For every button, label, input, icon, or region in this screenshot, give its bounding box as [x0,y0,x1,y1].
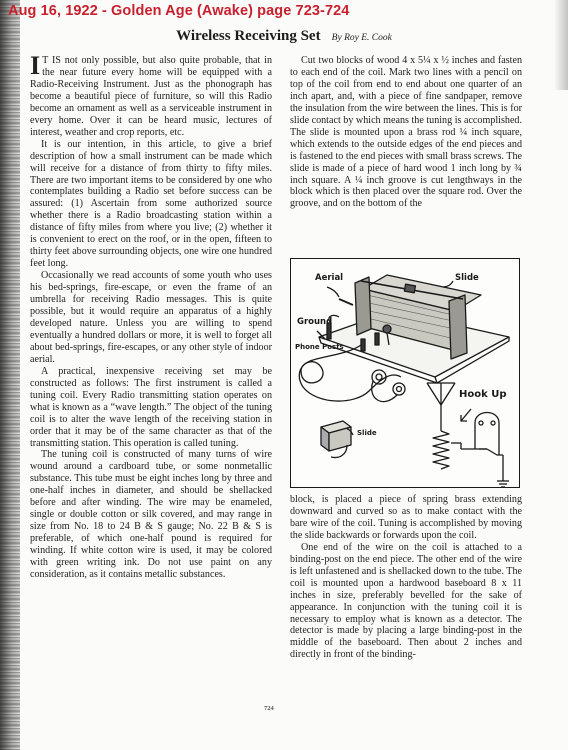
article-byline: By Roy E. Cook [332,33,392,43]
label-slide: Slide [455,273,479,283]
label-hook-up: Hook Up [459,389,507,400]
label-slide-detail: Slide [357,429,377,437]
right-column-bottom: block, is placed a piece of spring brass… [290,494,522,661]
label-ground: Ground [297,317,332,327]
paragraph: IT IS not only possible, but also quite … [30,55,272,139]
figure-receiving-set-illustration: Aerial Slide Ground Phone Posts Slide Ho… [290,258,520,488]
article-header: Wireless Receiving Set By Roy E. Cook [0,25,568,45]
page-number: 724 [264,705,274,712]
source-caption: Aug 16, 1922 - Golden Age (Awake) page 7… [8,3,349,19]
scan-shadow-left [0,0,20,750]
left-column: IT IS not only possible, but also quite … [30,55,272,581]
article-title: Wireless Receiving Set [176,28,320,44]
paragraph: The tuning coil is constructed of many t… [30,449,272,580]
paragraph: Occasionally we read accounts of some yo… [30,270,272,366]
scan-shadow-right [554,0,568,90]
drop-cap: I [30,56,40,76]
paragraph: Cut two blocks of wood 4 x 5¼ x ½ inches… [290,55,522,210]
paragraph: block, is placed a piece of spring brass… [290,494,522,542]
label-aerial: Aerial [315,273,343,283]
paragraph: It is our intention, in this article, to… [30,139,272,270]
receiving-set-drawing [291,259,519,487]
paragraph: One end of the wire on the coil is attac… [290,542,522,662]
label-phone-posts: Phone Posts [295,343,344,351]
right-column-top: Cut two blocks of wood 4 x 5¼ x ½ inches… [290,55,522,210]
paragraph: A practical, inexpensive receiving set m… [30,366,272,450]
